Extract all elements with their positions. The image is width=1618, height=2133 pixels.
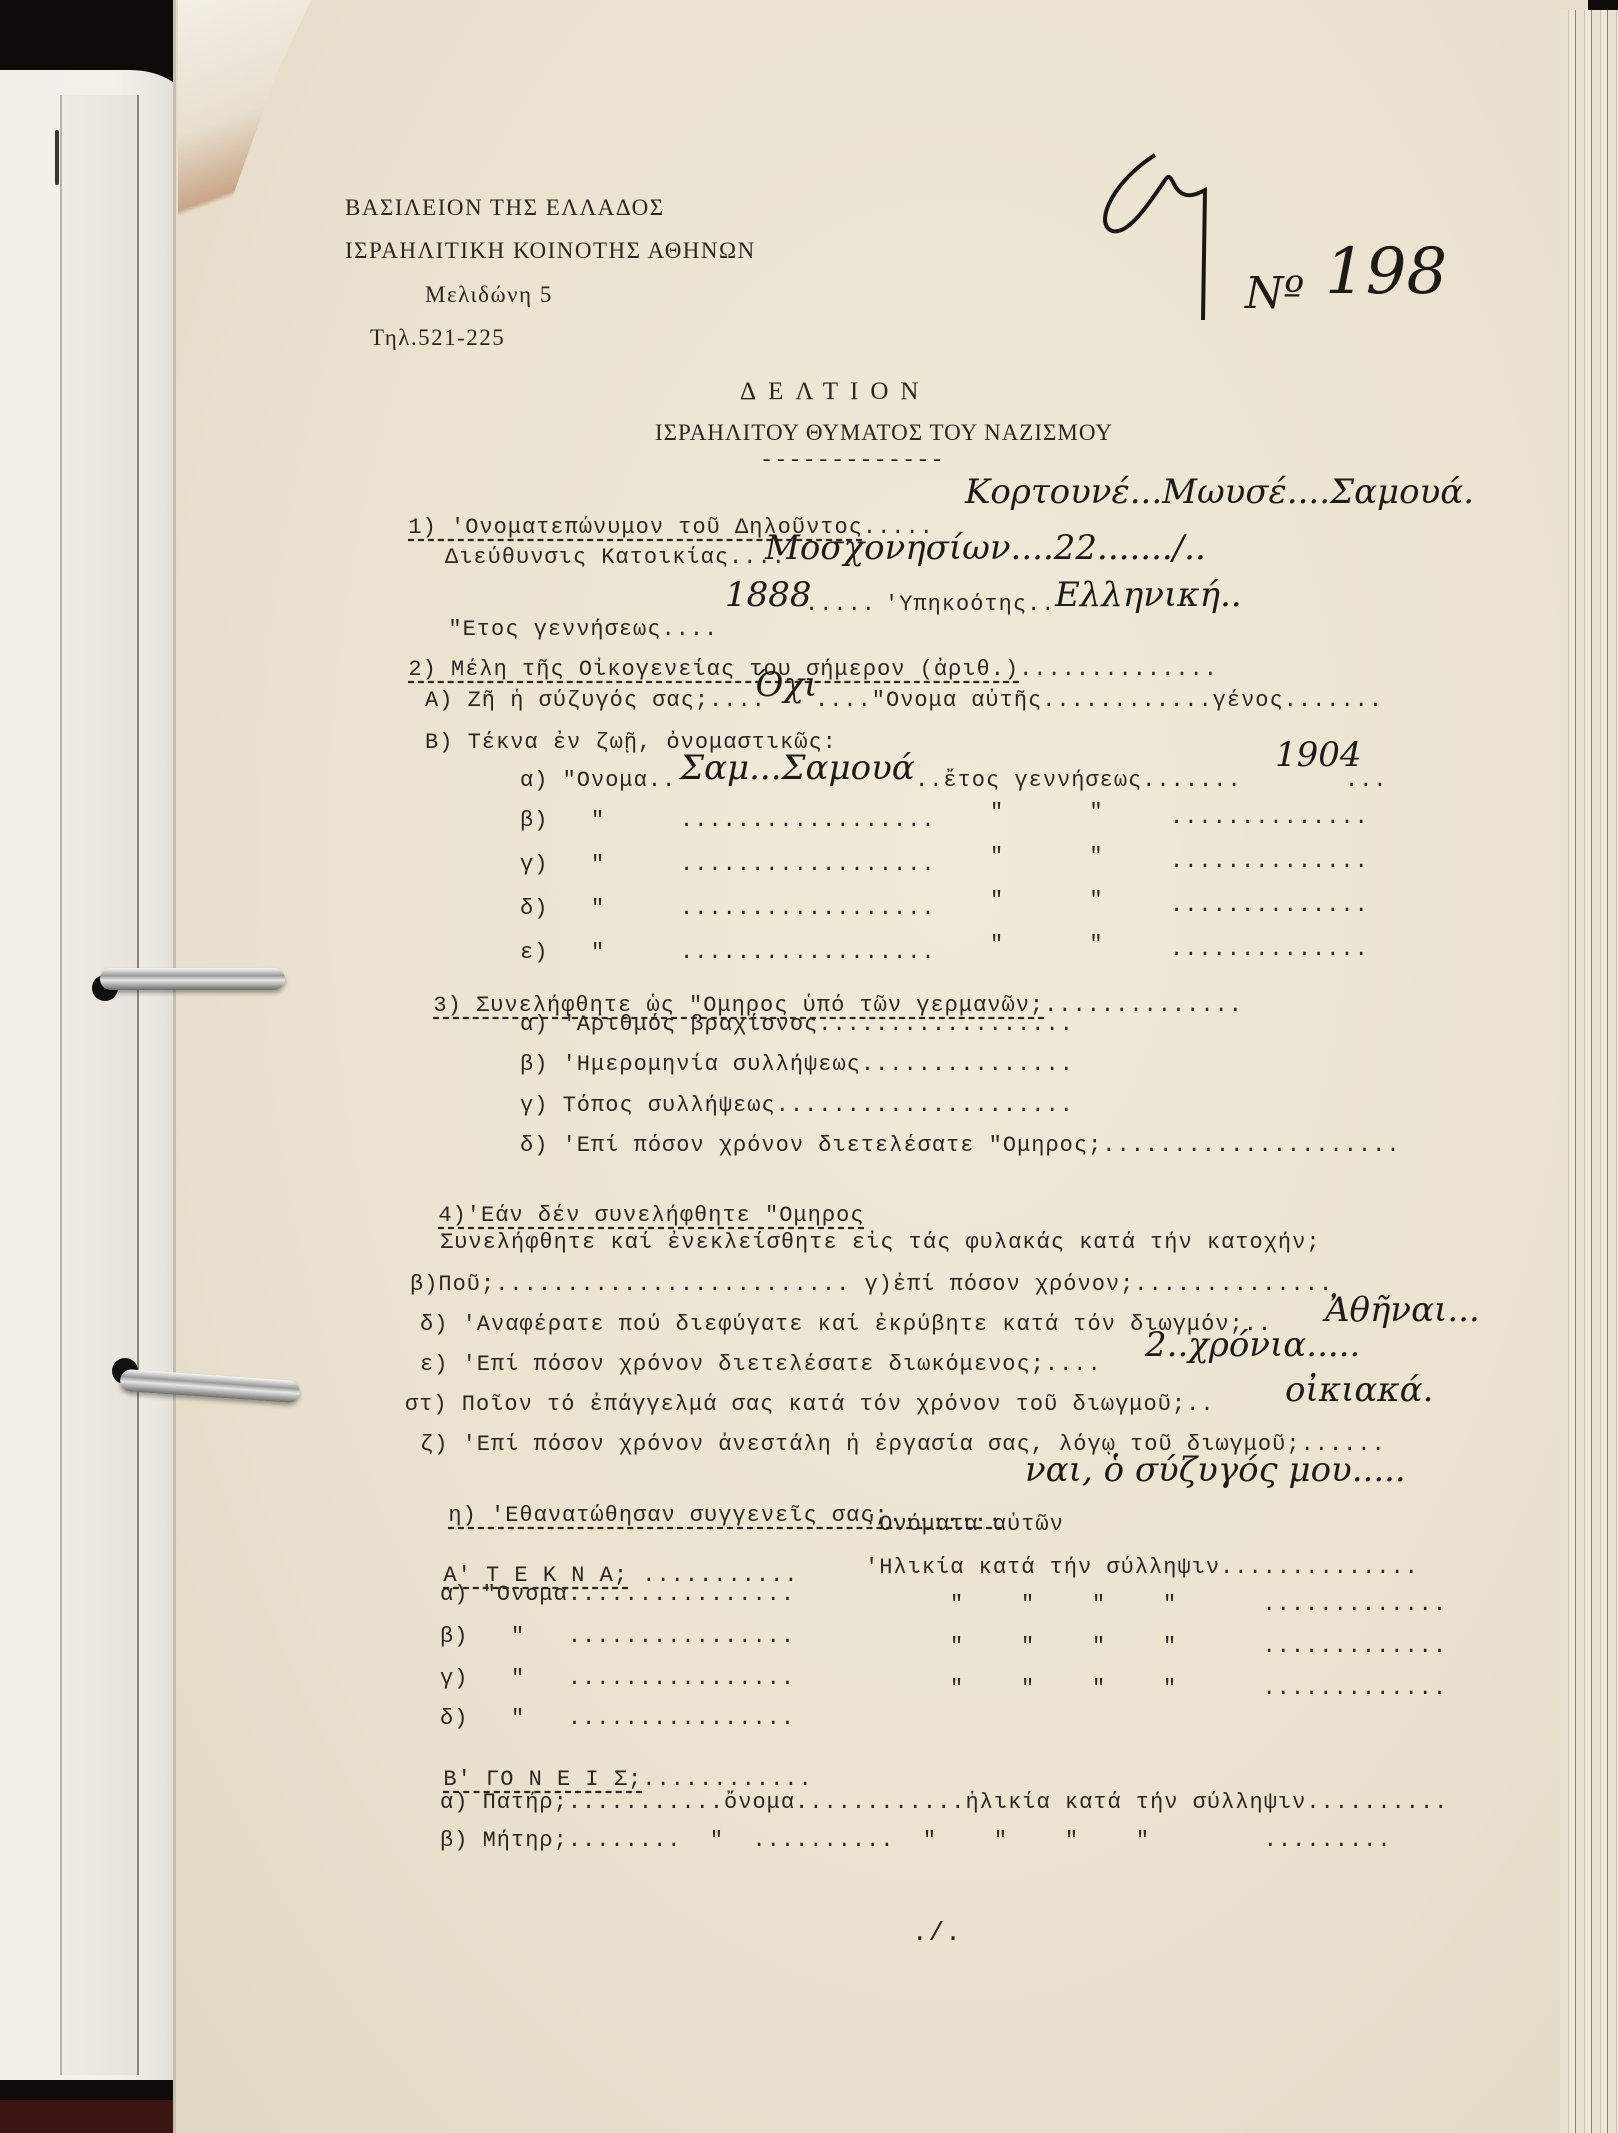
binder-mark bbox=[55, 130, 59, 185]
page-stack-edge bbox=[1560, 10, 1618, 2133]
document-subtitle: ΙΣΡΑΗΛΙΤΟΥ ΘΥΜΑΤΟΣ ΤΟΥ ΝΑΖΙΣΜΟΥ bbox=[655, 420, 1113, 446]
binder-ring-upper bbox=[100, 968, 285, 990]
parents-section-dots: ............ bbox=[642, 1767, 812, 1792]
previous-page-edge bbox=[60, 95, 139, 2075]
citizenship-answer: Ελληνική.. bbox=[1055, 575, 1242, 615]
section3-item-c: γ) Τόπος συλλήψεως..................... bbox=[520, 1093, 1074, 1118]
child-row-a-tail: ... bbox=[1345, 768, 1388, 793]
section4-label: 4)'Εάν δέν συνελήφθητε "Ομηρος bbox=[438, 1203, 864, 1228]
child-row-e-year: .............. bbox=[1170, 937, 1369, 962]
section3-item-d: δ) 'Επί πόσον χρόνον διετελέσατε "Ομηρος… bbox=[520, 1133, 1401, 1158]
deceased-child-row-d-left: δ) " ................ bbox=[440, 1706, 795, 1731]
child-row-c-prefix: γ) " bbox=[520, 852, 605, 877]
child-row-d-mid: " " bbox=[990, 888, 1104, 913]
parents-section-label: Β' ΓΟ Ν Ε Ι Σ; bbox=[443, 1767, 642, 1792]
child-row-b-name: .................. bbox=[680, 808, 936, 833]
deceased-child-row-b-right: " " " " ............. bbox=[950, 1634, 1447, 1659]
declarant-name-answer: Κορτουνέ...Μωυσέ....Σαμουά. bbox=[965, 472, 1474, 512]
section4-question-h-answer: ναι, ὁ σύζυγός μου..... bbox=[1025, 1450, 1406, 1490]
father-row: α) Πατήρ;...........ὄνομα............ἡλι… bbox=[440, 1790, 1448, 1815]
header-community: ΙΣΡΑΗΛΙΤΙΚΗ ΚΟΙΝΟΤΗΣ ΑΘΗΝΩΝ bbox=[345, 238, 756, 264]
child-row-a-mid: ..ἔτος γεννήσεως....... bbox=[915, 768, 1242, 793]
section2-dots: .............. bbox=[1019, 657, 1218, 682]
section4-question-d-answer: Ἀθῆναι... bbox=[1325, 1290, 1480, 1330]
deceased-child-row-a-right: " " " " ............. bbox=[950, 1592, 1447, 1617]
address-label: Διεύθυνσις Κατοικίας.... bbox=[445, 545, 786, 570]
record-number-label: Nº bbox=[1245, 268, 1304, 319]
deceased-child-row-c-left: γ) " ................ bbox=[440, 1666, 795, 1691]
child-row-b-prefix: β) " bbox=[520, 808, 605, 833]
children-age-header: 'Ηλικία κατά τήν σύλληψιν.............. bbox=[865, 1555, 1419, 1580]
section4-question-e-answer: 2..χρόνια..... bbox=[1145, 1325, 1360, 1365]
section4-question-e-label: ε) 'Επί πόσον χρόνον διετελέσατε διωκόμε… bbox=[420, 1352, 1102, 1377]
section3-item-a: α) 'Αριθμός βραχίονος.................. bbox=[520, 1012, 1074, 1037]
header-phone: Τηλ.521-225 bbox=[370, 325, 505, 351]
deceased-child-row-b-left: β) " ................ bbox=[440, 1624, 795, 1649]
child-row-b-year: .............. bbox=[1170, 805, 1369, 830]
section4-question-a: Συνελήφθητε καί ἐνεκλείσθητε εἰς τάς φυλ… bbox=[440, 1230, 1321, 1255]
child-row-e-name: .................. bbox=[680, 940, 936, 965]
child-row-d-year: .............. bbox=[1170, 893, 1369, 918]
subtitle-rule: ------------- bbox=[760, 448, 945, 473]
address-answer: Μοσχονησίων....22......./.. bbox=[765, 528, 1206, 568]
child-row-e-prefix: ε) " bbox=[520, 940, 605, 965]
header-address: Μελιδώνη 5 bbox=[425, 282, 553, 308]
citizenship-label: 'Υπηκοότης.. bbox=[885, 592, 1055, 617]
child-row-a-name: Σαμ...Σαμουά bbox=[680, 748, 915, 788]
spouse-label: Α) Ζῆ ἡ σύζυγός σας;.... bbox=[425, 688, 766, 713]
birth-year-dots: ..... bbox=[805, 592, 876, 617]
child-row-c-name: .................. bbox=[680, 852, 936, 877]
spouse-name-label: ...."Ονομα αὐτῆς............γένος....... bbox=[815, 688, 1383, 713]
deceased-child-row-c-right: " " " " ............. bbox=[950, 1676, 1447, 1701]
signature-mark bbox=[1085, 150, 1225, 325]
deceased-child-row-a-left: α) "Ονομα................ bbox=[440, 1582, 795, 1607]
section4-question-st-label: στ) Ποῖον τό ἐπάγγελμά σας κατά τόν χρόν… bbox=[405, 1392, 1215, 1417]
section3-dots: .............. bbox=[1044, 993, 1243, 1018]
page-continuation-mark: ./. bbox=[912, 1918, 962, 1948]
document-title: ΔΕΛΤΙΟΝ bbox=[740, 378, 930, 406]
section4-question-b: β)Ποῦ;......................... γ)ἐπί πό… bbox=[410, 1272, 1333, 1297]
child-row-b-mid: " " bbox=[990, 800, 1104, 825]
mother-row: β) Μήτηρ;........ " .......... " " " " .… bbox=[440, 1828, 1392, 1853]
child-row-c-mid: " " bbox=[990, 844, 1104, 869]
child-row-c-year: .............. bbox=[1170, 849, 1369, 874]
child-row-e-mid: " " bbox=[990, 932, 1104, 957]
child-row-a-prefix: α) "Ονομα.. bbox=[520, 768, 676, 793]
binder-cover-edge bbox=[0, 2100, 200, 2133]
child-row-d-prefix: δ) " bbox=[520, 896, 605, 921]
section4-question-st-answer: οἰκιακά. bbox=[1285, 1370, 1433, 1410]
spouse-answer: Όχι bbox=[755, 665, 817, 705]
child-row-d-name: .................. bbox=[680, 896, 936, 921]
children-names-header: 'Ονόματα αὐτῶν bbox=[865, 1512, 1064, 1537]
section2-label: 2) Μέλη τῆς Οἰκογενείας του σήμερον (ἀρι… bbox=[408, 657, 1019, 682]
section3-item-b: β) 'Ημερομηνία συλλήψεως............... bbox=[520, 1052, 1074, 1077]
header-kingdom: ΒΑΣΙΛΕΙΟΝ ΤΗΣ ΕΛΛΑΔΟΣ bbox=[345, 195, 665, 221]
birth-year-answer: 1888 bbox=[725, 575, 812, 615]
record-number: 198 bbox=[1325, 235, 1447, 309]
